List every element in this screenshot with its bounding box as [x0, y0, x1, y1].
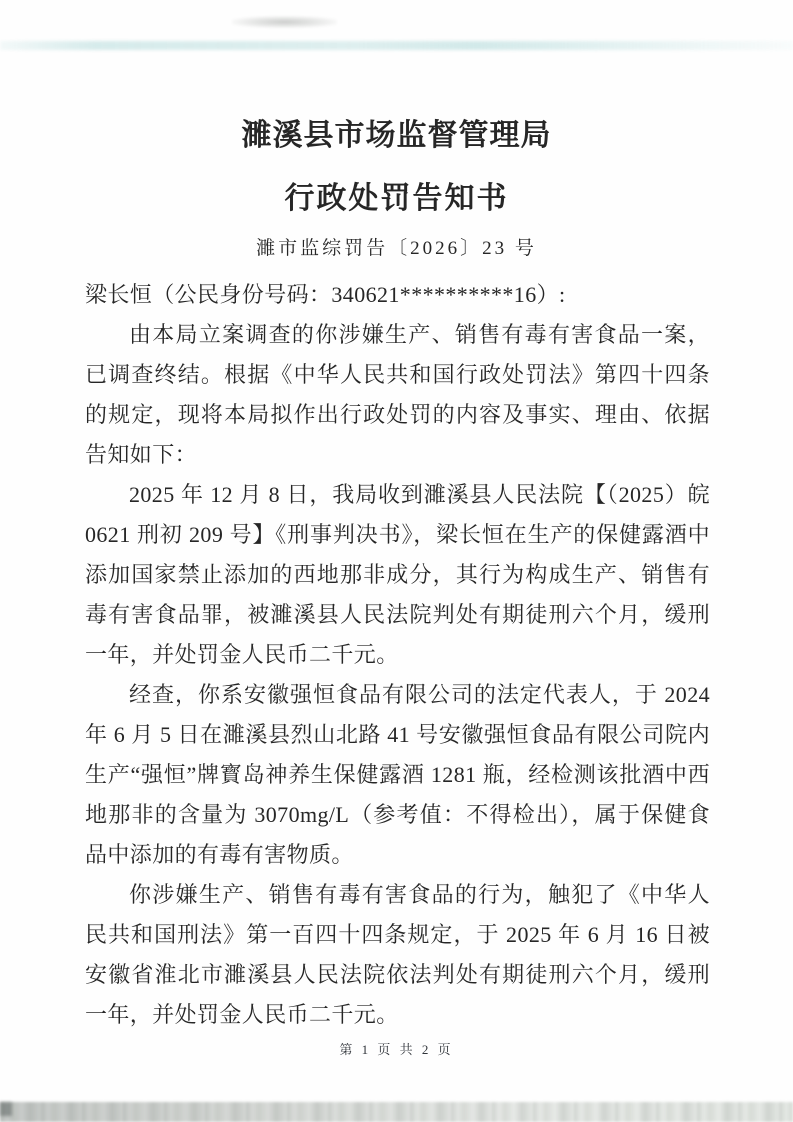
- paragraph: 梁长恒（公民身份号码：340621**********16）:: [85, 275, 710, 315]
- agency-title: 濉溪县市场监督管理局: [0, 114, 793, 158]
- scan-artifact-bottom-noise: [0, 1102, 793, 1122]
- paragraph: 你涉嫌生产、销售有毒有害食品的行为，触犯了《中华人民共和国刑法》第一百四十四条规…: [85, 875, 710, 1035]
- scan-artifact-corner-mark: [0, 1102, 12, 1116]
- document-body: 梁长恒（公民身份号码：340621**********16）:由本局立案调查的你…: [85, 275, 710, 1035]
- scanned-document-page: 濉溪县市场监督管理局 行政处罚告知书 濉市监综罚告〔2026〕23 号 梁长恒（…: [0, 0, 793, 1122]
- document-header: 濉溪县市场监督管理局 行政处罚告知书 濉市监综罚告〔2026〕23 号: [0, 0, 793, 262]
- paragraph: 由本局立案调查的你涉嫌生产、销售有毒有害食品一案，已调查终结。根据《中华人民共和…: [85, 315, 710, 475]
- paragraph: 经查，你系安徽强恒食品有限公司的法定代表人，于 2024 年 6 月 5 日在濉…: [85, 675, 710, 875]
- notice-title: 行政处罚告知书: [0, 178, 793, 220]
- page-number-footer: 第 1 页 共 2 页: [0, 1039, 793, 1058]
- document-number: 濉市监综罚告〔2026〕23 号: [0, 236, 793, 262]
- paragraph: 2025 年 12 月 8 日，我局收到濉溪县人民法院【（2025）皖 0621…: [85, 475, 710, 675]
